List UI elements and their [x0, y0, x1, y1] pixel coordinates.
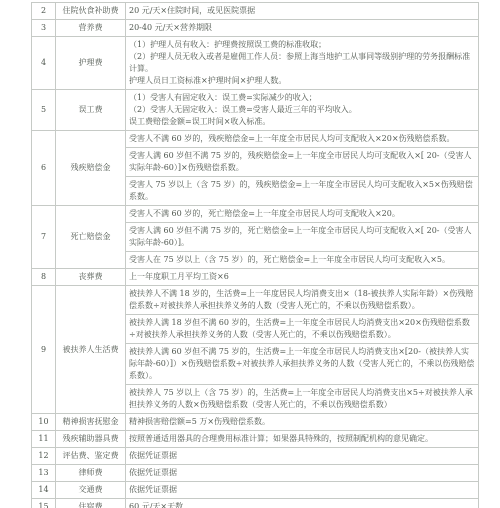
- row-number-cell: 4: [32, 37, 56, 90]
- fee-name-cell: 残疾辅助器具费: [56, 431, 126, 448]
- detail-line: 受害人在 75 岁以上（含 75 岁）的，死亡赔偿金=上一年度全市居民人均可支配…: [129, 254, 475, 266]
- fee-name-cell: 误工费: [56, 90, 126, 131]
- table-row: 3营养费20-40 元/天×营养期限: [32, 20, 479, 37]
- row-number-cell: 11: [32, 431, 56, 448]
- fee-detail-cell: 被扶养人 75 岁以上（含 75 岁）的，生活费=上一年度全市居民人均消费支出×…: [126, 385, 479, 414]
- fee-name-cell: 残疾赔偿金: [56, 131, 126, 206]
- fee-detail-cell: 按照普通适用器具的合理费用标准计算；如果器具特殊的，按照制配机构的意见确定。: [126, 431, 479, 448]
- detail-line: （1）护理人员有收入：护理费按照误工费的标准收取；: [129, 39, 475, 51]
- row-number-cell: 15: [32, 499, 56, 508]
- fee-detail-cell: （1）护理人员有收入：护理费按照误工费的标准收取；（2）护理人员无收入或者是雇佣…: [126, 37, 479, 90]
- detail-line: 受害人满 60 岁但不满 75 岁的，死亡赔偿金=上一年度全市居民人均可支配收入…: [129, 225, 475, 249]
- detail-line: （2）受害人无固定收入：误工费=受害人最近三年的平均收入。: [129, 104, 475, 116]
- detail-line: 20-40 元/天×营养期限: [129, 22, 475, 34]
- table-row: 15住宿费60 元/天×天数: [32, 499, 479, 508]
- row-number-cell: 9: [32, 286, 56, 414]
- row-number-cell: 6: [32, 131, 56, 206]
- fee-name-cell: 营养费: [56, 20, 126, 37]
- fee-name-cell: 精神损害抚慰金: [56, 414, 126, 431]
- table-row: 2住院伙食补助费20 元/天×住院时间，或见医院票据: [32, 3, 479, 20]
- fee-detail-cell: （1）受害人有固定收入：误工费=实际减少的收入；（2）受害人无固定收入：误工费=…: [126, 90, 479, 131]
- fee-table-body: 2住院伙食补助费20 元/天×住院时间，或见医院票据3营养费20-40 元/天×…: [32, 3, 479, 508]
- fee-detail-cell: 受害人在 75 岁以上（含 75 岁）的，死亡赔偿金=上一年度全市居民人均可支配…: [126, 252, 479, 269]
- fee-name-cell: 律师费: [56, 465, 126, 482]
- detail-line: （2）护理人员无收入或者是雇佣工作人员：参照上海当地护工从事同等级别护理的劳务报…: [129, 51, 475, 75]
- detail-line: 受害人 75 岁以上（含 75 岁）的，残疾赔偿金=上一年度全市居民人均可支配收…: [129, 179, 475, 203]
- fee-detail-cell: 依据凭证票据: [126, 448, 479, 465]
- compensation-fee-table: 2住院伙食补助费20 元/天×住院时间，或见医院票据3营养费20-40 元/天×…: [31, 2, 479, 508]
- row-number-cell: 13: [32, 465, 56, 482]
- fee-detail-cell: 受害人不满 60 岁的，残疾赔偿金=上一年度全市居民人均可支配收入×20×伤残赔…: [126, 131, 479, 148]
- detail-line: 受害人不满 60 岁的，残疾赔偿金=上一年度全市居民人均可支配收入×20×伤残赔…: [129, 133, 475, 145]
- compensation-table-page: 2住院伙食补助费20 元/天×住院时间，或见医院票据3营养费20-40 元/天×…: [0, 0, 500, 508]
- detail-line: 按照普通适用器具的合理费用标准计算；如果器具特殊的，按照制配机构的意见确定。: [129, 433, 475, 445]
- fee-detail-cell: 受害人满 60 岁但不满 75 岁的，死亡赔偿金=上一年度全市居民人均可支配收入…: [126, 223, 479, 252]
- table-row: 7死亡赔偿金受害人不满 60 岁的，死亡赔偿金=上一年度全市居民人均可支配收入×…: [32, 206, 479, 223]
- detail-line: 依据凭证票据: [129, 450, 475, 462]
- fee-detail-cell: 受害人满 60 岁但不满 75 岁的，残疾赔偿金=上一年度全市居民人均可支配收入…: [126, 148, 479, 177]
- detail-line: 护理人员日工资标准×护理时间×护理人数。: [129, 75, 475, 87]
- fee-detail-cell: 20 元/天×住院时间，或见医院票据: [126, 3, 479, 20]
- fee-detail-cell: 被扶养人满 60 岁但不满 75 岁的，生活费=上一年度全市居民人均消费支出×[…: [126, 344, 479, 385]
- fee-name-cell: 住院伙食补助费: [56, 3, 126, 20]
- detail-line: 依据凭证票据: [129, 467, 475, 479]
- table-row: 13律师费依据凭证票据: [32, 465, 479, 482]
- row-number-cell: 14: [32, 482, 56, 499]
- fee-detail-cell: 依据凭证票据: [126, 482, 479, 499]
- detail-line: 20 元/天×住院时间，或见医院票据: [129, 5, 475, 17]
- detail-line: 误工费赔偿金额=误工时间×收入标准。: [129, 116, 475, 128]
- fee-name-cell: 住宿费: [56, 499, 126, 508]
- fee-name-cell: 评估费、鉴定费: [56, 448, 126, 465]
- row-number-cell: 5: [32, 90, 56, 131]
- fee-name-cell: 丧葬费: [56, 269, 126, 286]
- detail-line: 被扶养人满 18 岁但不满 60 岁的，生活费=上一年度全市居民人均消费支出×2…: [129, 317, 475, 341]
- row-number-cell: 8: [32, 269, 56, 286]
- detail-line: 60 元/天×天数: [129, 501, 475, 508]
- fee-detail-cell: 60 元/天×天数: [126, 499, 479, 508]
- table-row: 8丧葬费上一年度职工月平均工资×6: [32, 269, 479, 286]
- fee-name-cell: 被扶养人生活费: [56, 286, 126, 414]
- detail-line: 被扶养人 75 岁以上（含 75 岁）的，生活费=上一年度全市居民人均消费支出×…: [129, 387, 475, 411]
- fee-detail-cell: 被扶养人满 18 岁但不满 60 岁的，生活费=上一年度全市居民人均消费支出×2…: [126, 315, 479, 344]
- fee-detail-cell: 精神损害赔偿额=5 万×伤残赔偿系数。: [126, 414, 479, 431]
- table-row: 9被扶养人生活费被扶养人不满 18 岁的，生活费=上一年度居民人均消费支出×（1…: [32, 286, 479, 315]
- row-number-cell: 3: [32, 20, 56, 37]
- row-number-cell: 2: [32, 3, 56, 20]
- row-number-cell: 12: [32, 448, 56, 465]
- table-row: 14交通费依据凭证票据: [32, 482, 479, 499]
- table-row: 10精神损害抚慰金精神损害赔偿额=5 万×伤残赔偿系数。: [32, 414, 479, 431]
- row-number-cell: 10: [32, 414, 56, 431]
- fee-detail-cell: 依据凭证票据: [126, 465, 479, 482]
- table-row: 11残疾辅助器具费按照普通适用器具的合理费用标准计算；如果器具特殊的，按照制配机…: [32, 431, 479, 448]
- detail-line: 受害人不满 60 岁的，死亡赔偿金=上一年度全市居民人均可支配收入×20。: [129, 208, 475, 220]
- fee-detail-cell: 20-40 元/天×营养期限: [126, 20, 479, 37]
- row-number-cell: 7: [32, 206, 56, 269]
- detail-line: 精神损害赔偿额=5 万×伤残赔偿系数。: [129, 416, 475, 428]
- detail-line: 被扶养人不满 18 岁的，生活费=上一年度居民人均消费支出×（18-被扶养人实际…: [129, 288, 475, 312]
- table-row: 4护理费（1）护理人员有收入：护理费按照误工费的标准收取；（2）护理人员无收入或…: [32, 37, 479, 90]
- fee-name-cell: 护理费: [56, 37, 126, 90]
- detail-line: （1）受害人有固定收入：误工费=实际减少的收入；: [129, 92, 475, 104]
- table-row: 12评估费、鉴定费依据凭证票据: [32, 448, 479, 465]
- fee-name-cell: 死亡赔偿金: [56, 206, 126, 269]
- table-row: 6残疾赔偿金受害人不满 60 岁的，残疾赔偿金=上一年度全市居民人均可支配收入×…: [32, 131, 479, 148]
- detail-line: 被扶养人满 60 岁但不满 75 岁的，生活费=上一年度全市居民人均消费支出×[…: [129, 346, 475, 382]
- fee-detail-cell: 受害人 75 岁以上（含 75 岁）的，残疾赔偿金=上一年度全市居民人均可支配收…: [126, 177, 479, 206]
- fee-name-cell: 交通费: [56, 482, 126, 499]
- detail-line: 依据凭证票据: [129, 484, 475, 496]
- detail-line: 受害人满 60 岁但不满 75 岁的，残疾赔偿金=上一年度全市居民人均可支配收入…: [129, 150, 475, 174]
- fee-detail-cell: 被扶养人不满 18 岁的，生活费=上一年度居民人均消费支出×（18-被扶养人实际…: [126, 286, 479, 315]
- detail-line: 上一年度职工月平均工资×6: [129, 271, 475, 283]
- table-row: 5误工费（1）受害人有固定收入：误工费=实际减少的收入；（2）受害人无固定收入：…: [32, 90, 479, 131]
- fee-detail-cell: 上一年度职工月平均工资×6: [126, 269, 479, 286]
- fee-detail-cell: 受害人不满 60 岁的，死亡赔偿金=上一年度全市居民人均可支配收入×20。: [126, 206, 479, 223]
